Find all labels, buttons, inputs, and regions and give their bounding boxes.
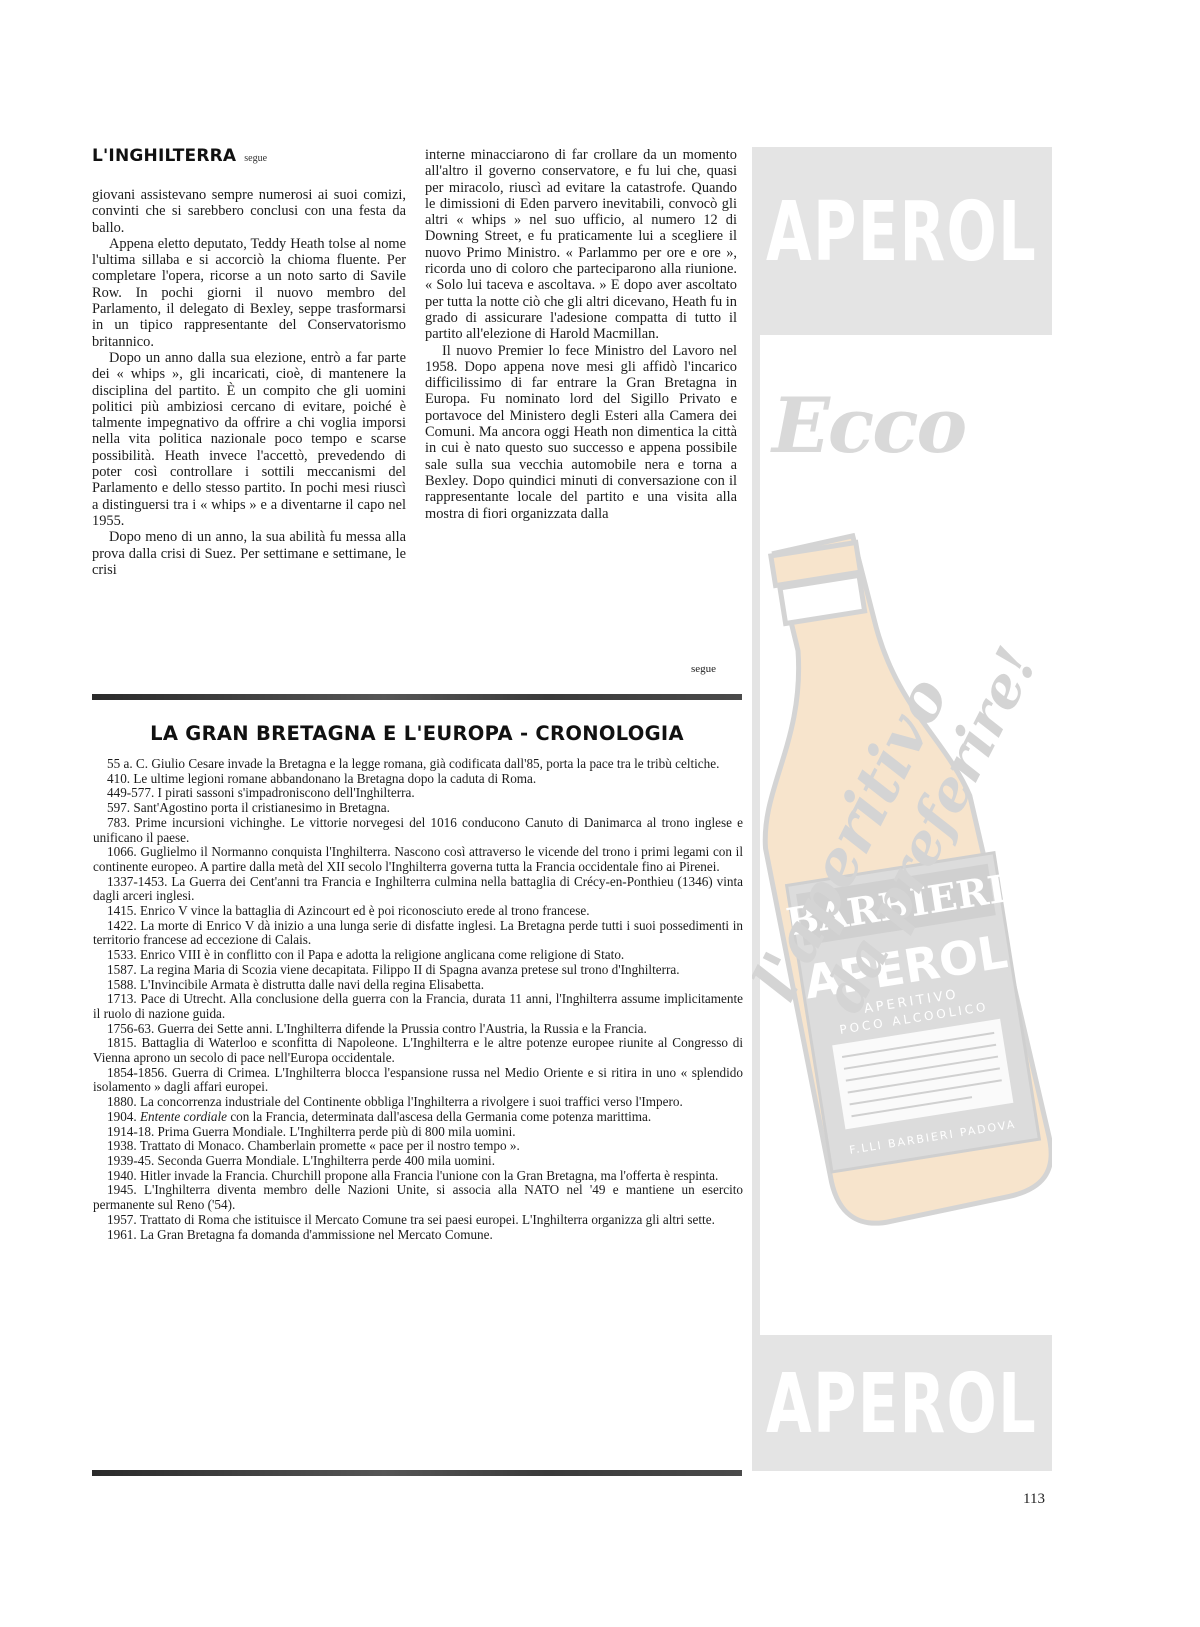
- chronology-entry: 1815. Battaglia di Waterloo e sconfitta …: [93, 1036, 743, 1065]
- chronology-entry: 1945. L'Inghilterra diventa membro delle…: [93, 1183, 743, 1212]
- entry-italic-term: Entente cordiale: [140, 1109, 227, 1124]
- chronology-title: LA GRAN BRETAGNA E L'EUROPA - CRONOLOGIA: [92, 722, 742, 745]
- chronology-entry: 1940. Hitler invade la Francia. Churchil…: [93, 1169, 743, 1184]
- chronology-entry: 1904. Entente cordiale con la Francia, d…: [93, 1110, 743, 1125]
- chronology-entry: 1588. L'Invincibile Armata è distrutta d…: [93, 978, 743, 993]
- continued-bottom-label: segue: [691, 663, 716, 675]
- page-number: 113: [1023, 1491, 1045, 1508]
- chronology-entry: 1713. Pace di Utrecht. Alla conclusione …: [93, 992, 743, 1021]
- section-title: L'INGHILTERRA: [92, 146, 236, 166]
- paragraph: Il nuovo Premier lo fece Ministro del La…: [425, 343, 737, 522]
- chronology-entry: 1587. La regina Maria di Scozia viene de…: [93, 963, 743, 978]
- paragraph: Appena eletto deputato, Teddy Heath tols…: [92, 236, 406, 350]
- magazine-page: L'INGHILTERRA segue giovani assistevano …: [0, 0, 1200, 1627]
- article-column-left: giovani assistevano sempre numerosi ai s…: [92, 187, 406, 578]
- chronology-entry: 597. Sant'Agostino porta il cristianesim…: [93, 801, 743, 816]
- divider-rule: [92, 1470, 742, 1476]
- chronology-entry: 1938. Trattato di Monaco. Chamberlain pr…: [93, 1139, 743, 1154]
- chronology-entry: 449-577. I pirati sassoni s'impadronisco…: [93, 786, 743, 801]
- chronology-entry: 1957. Trattato di Roma che istituisce il…: [93, 1213, 743, 1228]
- chronology-entry: 1415. Enrico V vince la battaglia di Azi…: [93, 904, 743, 919]
- entry-text: con la Francia, determinata dall'ascesa …: [227, 1109, 651, 1124]
- paragraph: Dopo meno di un anno, la sua abilità fu …: [92, 529, 406, 578]
- chronology-entry: 1880. La concorrenza industriale del Con…: [93, 1095, 743, 1110]
- paragraph: interne minacciarono di far crollare da …: [425, 147, 737, 343]
- chronology-list: 55 a. C. Giulio Cesare invade la Bretagn…: [93, 757, 743, 1242]
- paragraph: giovani assistevano sempre numerosi ai s…: [92, 187, 406, 236]
- article-column-right: interne minacciarono di far crollare da …: [425, 147, 737, 522]
- article-section-header: L'INGHILTERRA segue: [92, 146, 422, 166]
- chronology-entry: 1066. Guglielmo il Normanno conquista l'…: [93, 845, 743, 874]
- chronology-entry: 1422. La morte di Enrico V dà inizio a u…: [93, 919, 743, 948]
- bottle-illustration-icon: BARBIERI APEROL APERITIVO POCO ALCOOLICO…: [752, 147, 1052, 1471]
- ad-brand-bottom: APEROL: [766, 1357, 975, 1452]
- chronology-entry: 1854-1856. Guerra di Crimea. L'Inghilter…: [93, 1066, 743, 1095]
- chronology-entry: 1756-63. Guerra dei Sette anni. L'Inghil…: [93, 1022, 743, 1037]
- chronology-entry: 1337-1453. La Guerra dei Cent'anni tra F…: [93, 875, 743, 904]
- continued-label: segue: [244, 153, 267, 164]
- aperol-advertisement: APEROL Ecco BARBIERI APEROL APERITIVO PO…: [752, 147, 1052, 1471]
- chronology-entry: 1939-45. Seconda Guerra Mondiale. L'Ingh…: [93, 1154, 743, 1169]
- paragraph: Dopo un anno dalla sua elezione, entrò a…: [92, 350, 406, 529]
- chronology-entry: 1961. La Gran Bretagna fa domanda d'ammi…: [93, 1228, 743, 1243]
- chronology-entry: 783. Prime incursioni vichinghe. Le vitt…: [93, 816, 743, 845]
- chronology-entry: 1914-18. Prima Guerra Mondiale. L'Inghil…: [93, 1125, 743, 1140]
- entry-year: 1904.: [107, 1109, 137, 1124]
- chronology-entry: 55 a. C. Giulio Cesare invade la Bretagn…: [93, 757, 743, 772]
- divider-rule: [92, 694, 742, 700]
- chronology-entry: 1533. Enrico VIII è in conflitto con il …: [93, 948, 743, 963]
- chronology-entry: 410. Le ultime legioni romane abbandonan…: [93, 772, 743, 787]
